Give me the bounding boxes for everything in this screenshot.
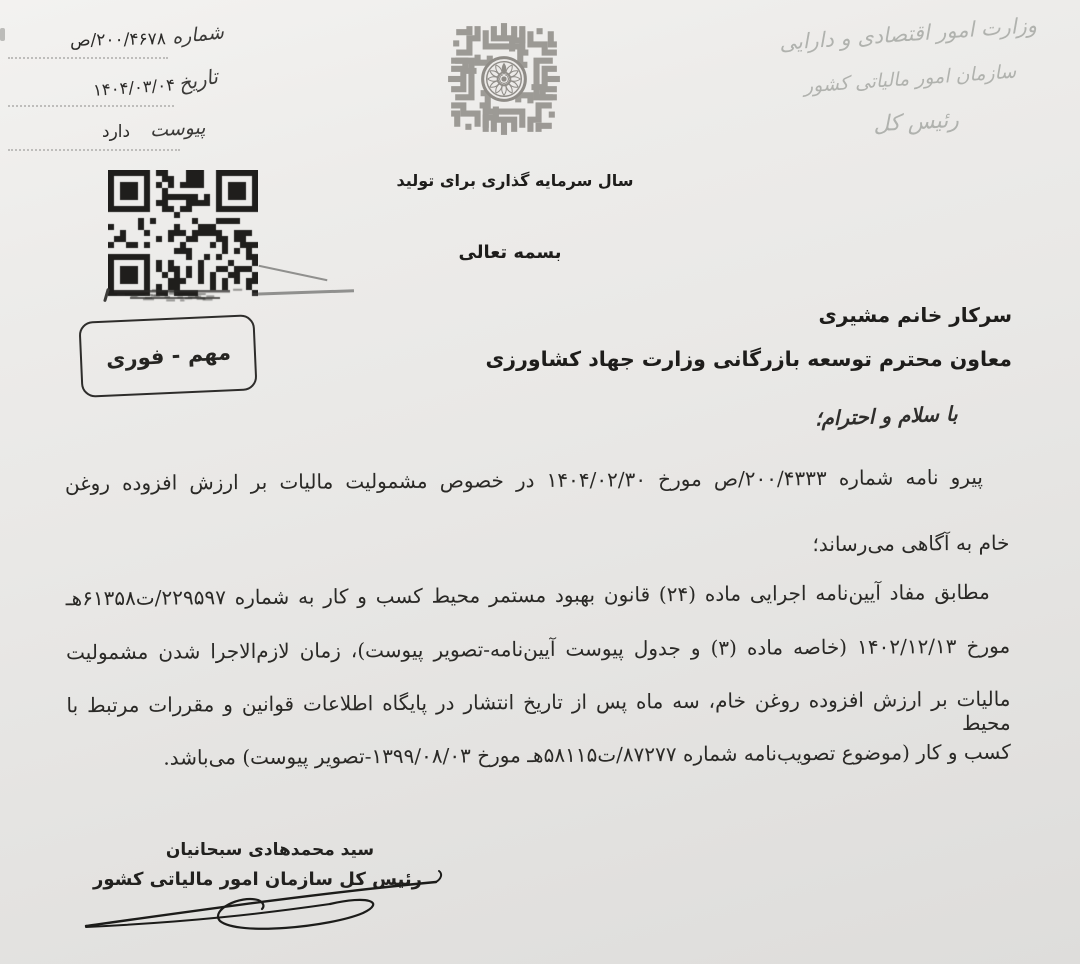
letterhead-organization: سازمان امور مالیاتی کشور xyxy=(790,60,1031,99)
attachment-fill-in-line xyxy=(8,148,180,151)
urgency-stamp: مهم - فوری xyxy=(78,314,257,398)
tax-administration-emblem-icon xyxy=(443,18,565,140)
body-line: مورخ ۱۴۰۲/۱۲/۱۳ (خاصه ماده (۳) و جدول پی… xyxy=(66,634,1010,665)
body-line: کسب و کار (موضوع تصویب‌نامه شماره ۸۷۲۷۷/… xyxy=(163,740,1011,770)
qr-code xyxy=(108,170,258,302)
letterhead-office: رئیس کل xyxy=(855,107,976,138)
letter-body: پیرو نامه شماره ۲۰۰/۴۳۳۳/ص مورخ ۱۴۰۴/۰۲/… xyxy=(65,465,1011,802)
qr-smear-streak xyxy=(252,289,354,295)
body-line: مطابق مفاد آیین‌نامه اجرایی ماده (۲۴) قا… xyxy=(66,580,1010,611)
year-slogan: سال سرمایه گذاری برای تولید xyxy=(385,171,645,190)
emblem-rosette xyxy=(483,58,526,101)
besmeleh: بسمه تعالی xyxy=(430,242,590,263)
date-fill-in-line xyxy=(8,104,174,107)
handwritten-signature xyxy=(0,848,460,960)
letter-date-value: ۱۴۰۴/۰۳/۰۴ xyxy=(85,75,182,101)
body-line: پیرو نامه شماره ۲۰۰/۴۳۳۳/ص مورخ ۱۴۰۴/۰۲/… xyxy=(65,465,1009,496)
letter-number-label: شماره xyxy=(171,21,225,48)
attachment-label: پیوست xyxy=(149,117,205,142)
letter-number-value: ۲۰۰/۴۶۷۸/ص xyxy=(62,29,174,51)
urgency-stamp-label: مهم - فوری xyxy=(105,340,231,372)
letter-date-label: تاریخ xyxy=(176,64,220,96)
body-line: مالیات بر ارزش افزوده روغن خام، سه ماه پ… xyxy=(66,687,1010,742)
scanned-letter-page: شماره ۲۰۰/۴۶۷۸/ص تاریخ ۱۴۰۴/۰۳/۰۴ پیوست … xyxy=(0,0,1080,964)
recipient-name: سرکار خانم مشیری xyxy=(819,303,1012,327)
handwritten-salutation: با سلام و احترام؛ xyxy=(815,402,958,431)
recipient-title: معاون محترم توسعه بازرگانی وزارت جهاد کش… xyxy=(485,347,1012,371)
number-fill-in-line xyxy=(8,56,168,59)
scan-edge-artifact xyxy=(0,28,5,41)
attachment-value: دارد xyxy=(102,122,130,142)
letterhead-ministry: وزارت امور اقتصادی و دارایی xyxy=(758,12,1059,57)
body-line: خام به آگاهی می‌رساند؛ xyxy=(812,531,1009,556)
qr-smear-streak xyxy=(259,265,328,282)
